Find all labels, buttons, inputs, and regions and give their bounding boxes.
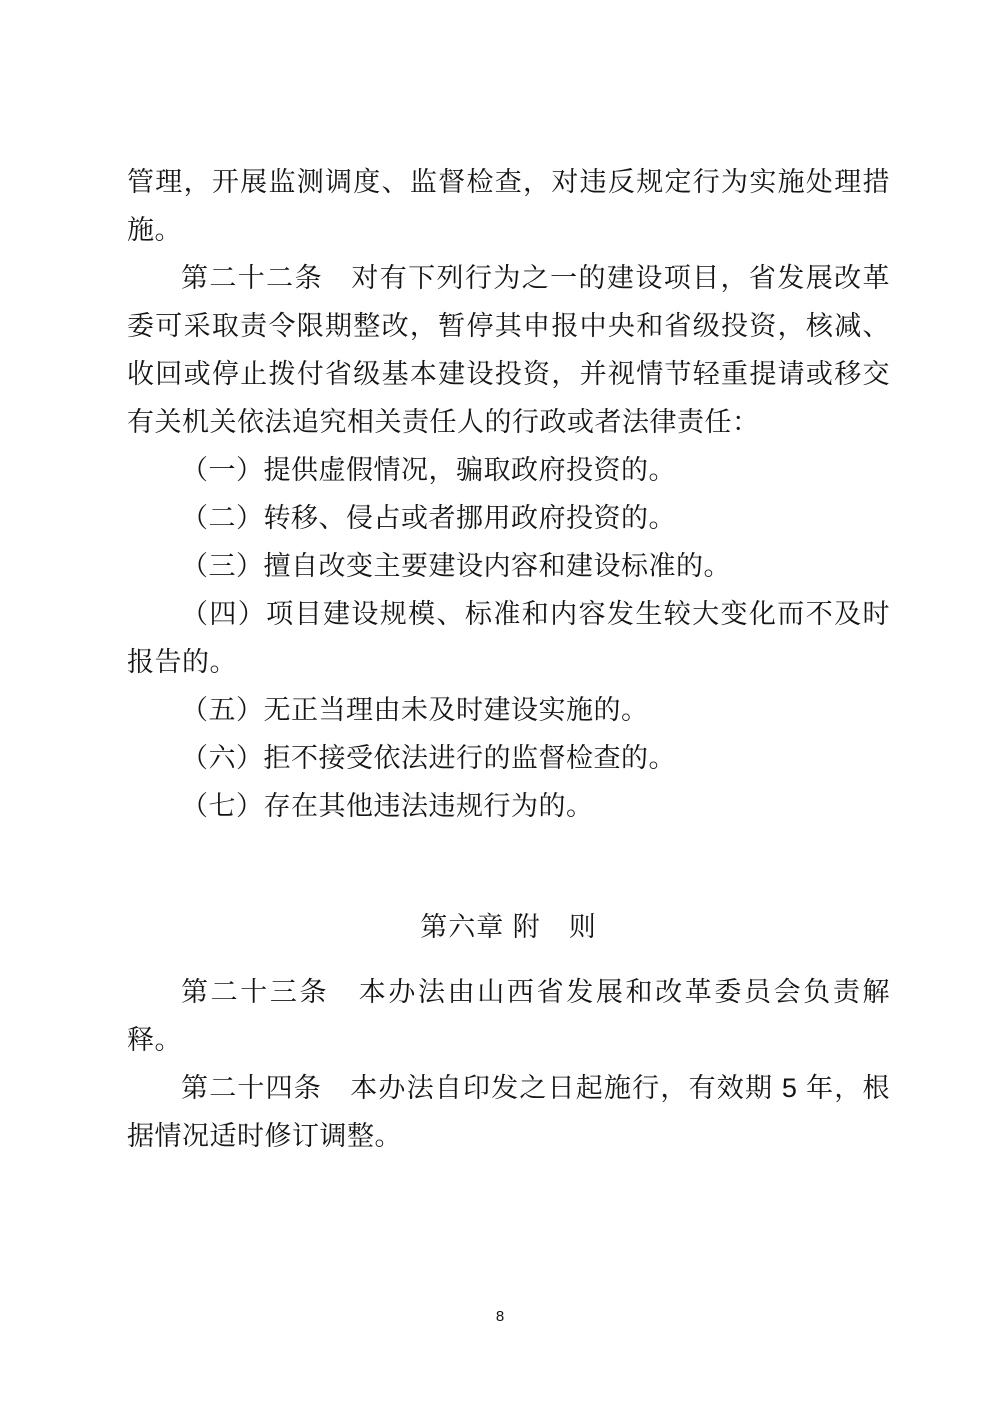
paragraph-article-23: 第二十三条 本办法由山西省发展和改革委员会负责解释。: [127, 968, 890, 1064]
document-page: 管理，开展监测调度、监督检查，对违反规定行为实施处理措施。 第二十二条 对有下列…: [0, 0, 1000, 1414]
list-item-2: （二）转移、侵占或者挪用政府投资的。: [127, 494, 890, 542]
list-item-4: （四）项目建设规模、标准和内容发生较大变化而不及时报告的。: [127, 590, 890, 686]
document-text-body: 管理，开展监测调度、监督检查，对违反规定行为实施处理措施。 第二十二条 对有下列…: [127, 158, 890, 1160]
list-item-5: （五）无正当理由未及时建设实施的。: [127, 686, 890, 734]
paragraph-article-22: 第二十二条 对有下列行为之一的建设项目，省发展改革委可采取责令限期整改，暂停其申…: [127, 254, 890, 446]
list-item-7: （七）存在其他违法违规行为的。: [127, 782, 890, 830]
chapter-heading: 第六章 附 则: [127, 903, 890, 951]
list-item-6: （六）拒不接受依法进行的监督检查的。: [127, 734, 890, 782]
list-item-3: （三）擅自改变主要建设内容和建设标准的。: [127, 542, 890, 590]
paragraph-continuation: 管理，开展监测调度、监督检查，对违反规定行为实施处理措施。: [127, 158, 890, 254]
list-item-1: （一）提供虚假情况，骗取政府投资的。: [127, 446, 890, 494]
page-number: 8: [0, 1306, 1000, 1328]
paragraph-article-24: 第二十四条 本办法自印发之日起施行，有效期 5 年，根据情况适时修订调整。: [127, 1064, 890, 1160]
